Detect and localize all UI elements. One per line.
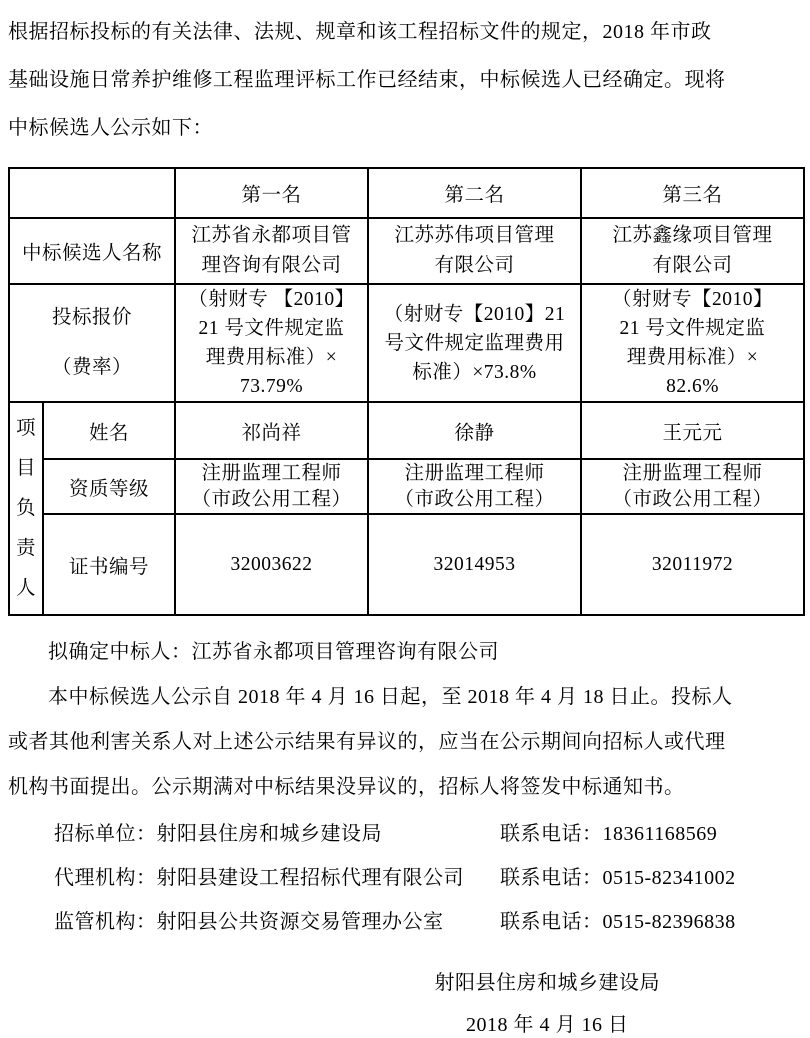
table-row-leader-name: 项目负责人 姓名 祁尚祥 徐静 王元元 (9, 402, 804, 459)
rank-header-1: 第一名 (175, 168, 368, 218)
row-label-qualification: 资质等级 (43, 459, 175, 514)
candidate-name-2: 江苏苏伟项目管理 有限公司 (368, 218, 581, 284)
certificate-number-1: 32003622 (175, 514, 368, 615)
certificate-number-2: 32014953 (368, 514, 581, 615)
table-row-certificate-number: 证书编号 32003622 32014953 32011972 (9, 514, 804, 615)
leader-name-3: 王元元 (581, 402, 804, 459)
table-row-bid-price: 投标报价 （费率） （射财专 【2010】 21 号文件规定监 理费用标准）× … (9, 284, 804, 402)
contact-row-supervisor: 监管机构：射阳县公共资源交易管理办公室 联系电话：0515-82396838 (8, 900, 802, 944)
certificate-number-3: 32011972 (581, 514, 804, 615)
candidates-table: 第一名 第二名 第三名 中标候选人名称 江苏省永都项目管 理咨询有限公司 江苏苏… (8, 167, 805, 616)
publicity-notice-paragraph: 本中标候选人公示自 2018 年 4 月 16 日起，至 2018 年 4 月 … (8, 675, 753, 810)
leader-name-1: 祁尚祥 (175, 402, 368, 459)
leader-qualification-1: 注册监理工程师 （市政公用工程） (175, 459, 368, 514)
tenderer-phone: 联系电话：18361168569 (500, 812, 717, 856)
leader-qualification-2: 注册监理工程师 （市政公用工程） (368, 459, 581, 514)
row-label-bid-price: 投标报价 （费率） (9, 284, 175, 402)
supervisor-phone: 联系电话：0515-82396838 (500, 900, 736, 944)
bid-price-2: （射财专【2010】21 号文件规定监理费用 标准）×73.8% (368, 284, 581, 402)
agency-org: 代理机构：射阳县建设工程招标代理有限公司 (54, 856, 500, 900)
supervisor-org: 监管机构：射阳县公共资源交易管理办公室 (54, 900, 500, 944)
bid-price-3: （射财专【2010】 21 号文件规定监 理费用标准）× 82.6% (581, 284, 804, 402)
rank-header-2: 第二名 (368, 168, 581, 218)
table-row-ranks: 第一名 第二名 第三名 (9, 168, 804, 218)
leader-qualification-3: 注册监理工程师 （市政公用工程） (581, 459, 804, 514)
signature-block: 射阳县住房和城乡建设局 2018 年 4 月 16 日 (435, 962, 661, 1038)
bid-price-1: （射财专 【2010】 21 号文件规定监 理费用标准）× 73.79% (175, 284, 368, 402)
rank-header-3: 第三名 (581, 168, 804, 218)
row-group-project-leader: 项目负责人 (9, 402, 43, 615)
contact-row-agency: 代理机构：射阳县建设工程招标代理有限公司 联系电话：0515-82341002 (8, 856, 802, 900)
announcement-document: 根据招标投标的有关法律、法规、规章和该工程招标文件的规定，2018 年市政 基础… (0, 0, 810, 1038)
row-label-certificate: 证书编号 (43, 514, 175, 615)
agency-phone: 联系电话：0515-82341002 (500, 856, 736, 900)
corner-cell (9, 168, 175, 218)
signature-org: 射阳县住房和城乡建设局 (435, 962, 661, 1004)
table-row-candidate-names: 中标候选人名称 江苏省永都项目管 理咨询有限公司 江苏苏伟项目管理 有限公司 江… (9, 218, 804, 284)
table-row-leader-qualification: 资质等级 注册监理工程师 （市政公用工程） 注册监理工程师 （市政公用工程） 注… (9, 459, 804, 514)
candidate-name-1: 江苏省永都项目管 理咨询有限公司 (175, 218, 368, 284)
proposed-winner-line: 拟确定中标人：江苏省永都项目管理咨询有限公司 (8, 630, 753, 675)
contact-section: 招标单位：射阳县住房和城乡建设局 联系电话：18361168569 代理机构：射… (8, 812, 802, 944)
leader-name-2: 徐静 (368, 402, 581, 459)
row-label-leader-name: 姓名 (43, 402, 175, 459)
signature-date: 2018 年 4 月 16 日 (435, 1004, 661, 1038)
row-label-candidate-name: 中标候选人名称 (9, 218, 175, 284)
candidate-name-3: 江苏鑫缘项目管理 有限公司 (581, 218, 804, 284)
intro-paragraph: 根据招标投标的有关法律、法规、规章和该工程招标文件的规定，2018 年市政 基础… (8, 8, 753, 152)
tenderer-org: 招标单位：射阳县住房和城乡建设局 (54, 812, 500, 856)
contact-row-tenderer: 招标单位：射阳县住房和城乡建设局 联系电话：18361168569 (8, 812, 802, 856)
